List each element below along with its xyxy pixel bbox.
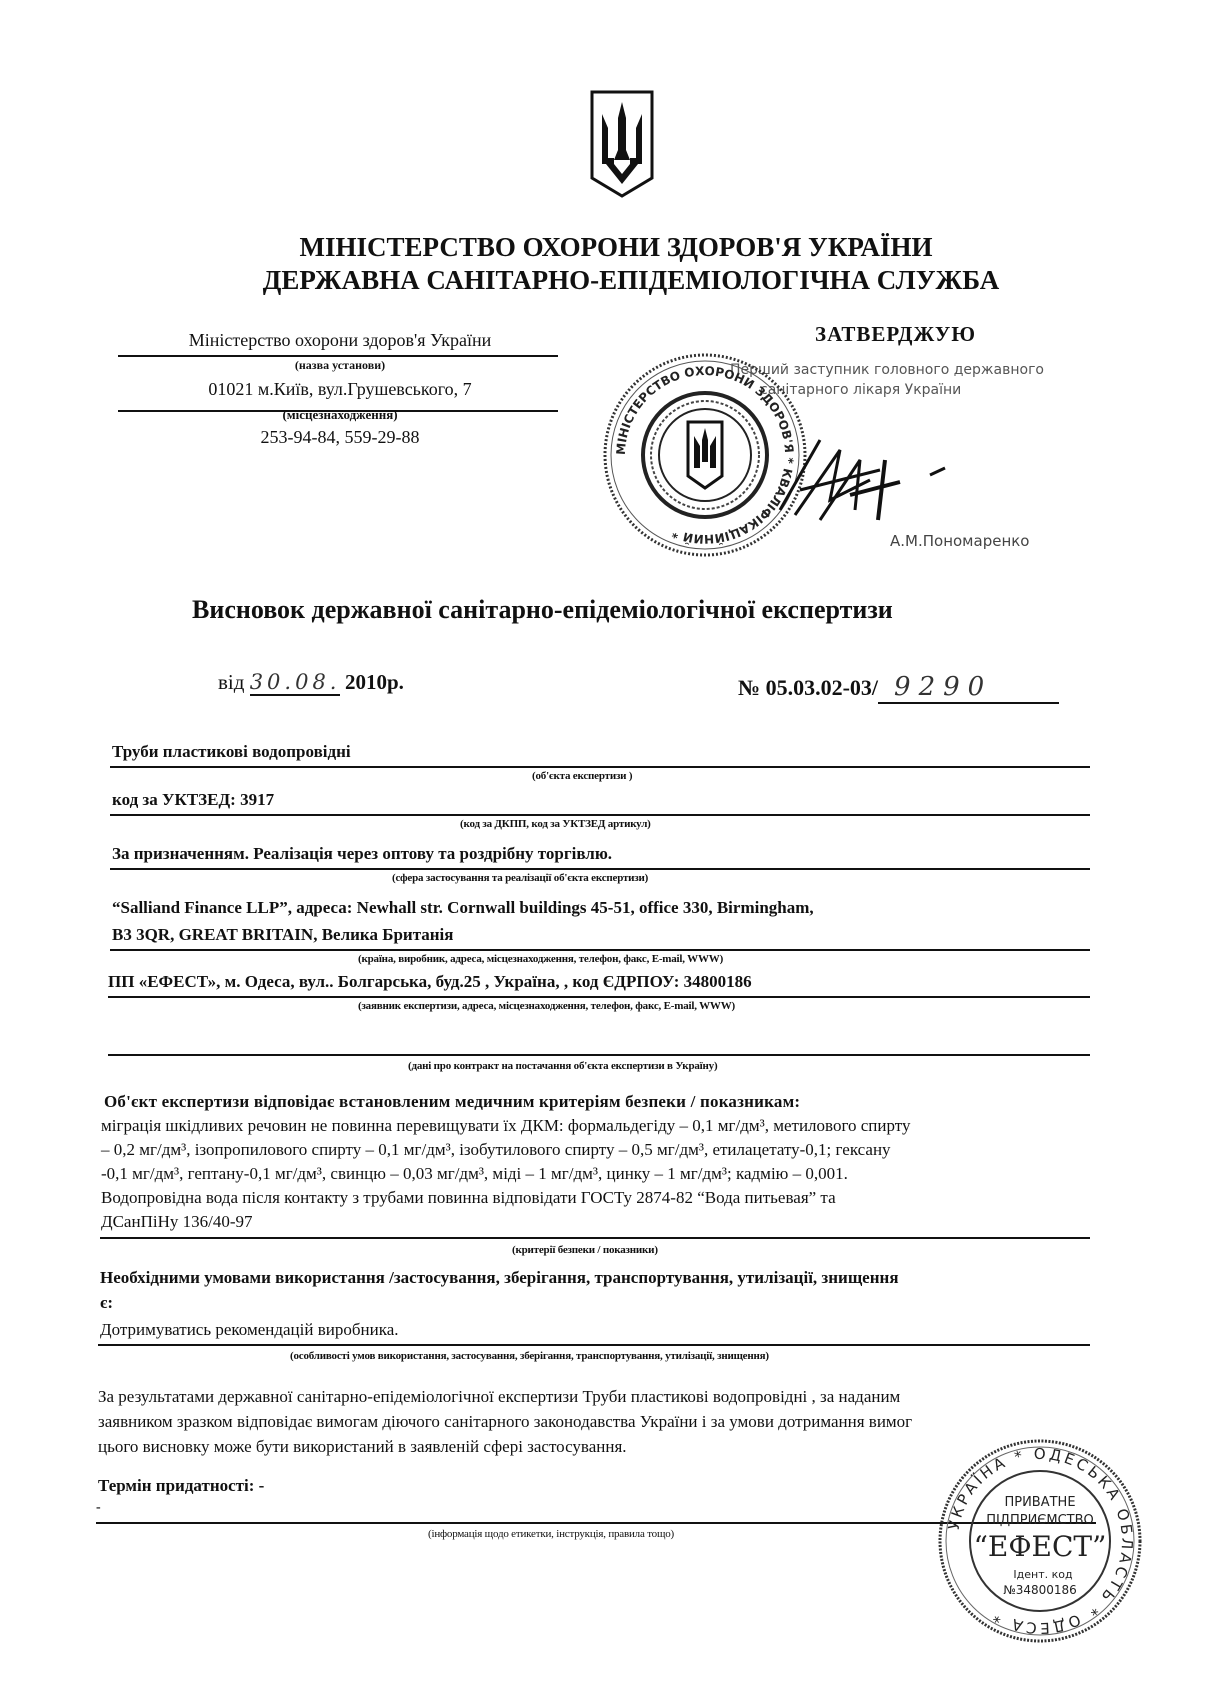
- shelf-life-value: -: [96, 1500, 101, 1516]
- date-prefix: від: [218, 670, 244, 694]
- header-line-1: МІНІСТЕРСТВО ОХОРОНИ ЗДОРОВ'Я УКРАЇНИ: [0, 232, 1232, 263]
- field-purpose: За призначенням. Реалізація через оптову…: [112, 844, 612, 864]
- company-stamp-icon: УКРАЇНА * ОДЕСЬКА ОБЛАСТЬ * ОДЕСА * ПРИВ…: [935, 1436, 1145, 1646]
- field-object-name: Труби пластикові водопровідні: [112, 742, 351, 762]
- field-applicant-hint: (заявник експертизи, адреса, місцезнаход…: [358, 1000, 735, 1012]
- divider: [108, 1054, 1090, 1056]
- divider: [110, 766, 1090, 768]
- trident-coat-of-arms-icon: [588, 88, 656, 200]
- stamp-line-1: ПРИВАТНЕ: [1004, 1495, 1075, 1510]
- field-object-hint: (об'єкта експертизи ): [532, 770, 632, 782]
- header-line-2: ДЕРЖАВНА САНІТАРНО-ЕПІДЕМІОЛОГІЧНА СЛУЖБ…: [0, 265, 1232, 296]
- conclusion-text: За результатами державної санітарно-епід…: [98, 1384, 912, 1459]
- stamp-line-2: ПІДПРИЄМСТВО: [986, 1513, 1094, 1528]
- conditions-hint: (особливості умов використання, застосув…: [290, 1350, 769, 1362]
- divider: [108, 996, 1090, 998]
- shelf-life-label: Термін придатності: -: [98, 1476, 264, 1496]
- criteria-line: Водопровідна вода після контакту з труба…: [101, 1186, 910, 1210]
- divider: [110, 868, 1090, 870]
- institution-phones: 253-94-84, 559-29-88: [110, 427, 570, 448]
- approval-signatory: А.М.Пономаренко: [890, 532, 1029, 550]
- document-date: від 30.08. 2010р.: [218, 670, 404, 696]
- stamp-code: №34800186: [1003, 1583, 1077, 1597]
- date-handwritten: 30.08.: [250, 670, 340, 696]
- field-code: код за УКТЗЕД: 3917: [112, 790, 274, 810]
- signature-icon: [760, 420, 960, 530]
- divider: [118, 410, 558, 412]
- conclusion-line: За результатами державної санітарно-епід…: [98, 1384, 912, 1409]
- criteria-text: міграція шкідливих речовин не повинна пе…: [101, 1114, 910, 1234]
- institution-name-hint: (назва установи): [110, 358, 570, 373]
- conditions-heading-line-1: Необхідними умовами використання /застос…: [100, 1268, 899, 1288]
- divider: [98, 1344, 1090, 1346]
- document-title: Висновок державної санітарно-епідеміолог…: [192, 595, 893, 625]
- conditions-value: Дотримуватись рекомендацій виробника.: [100, 1320, 399, 1340]
- conclusion-line: цього висновку може бути використаний в …: [98, 1434, 912, 1459]
- conclusion-line: заявником зразком відповідає вимогам дію…: [98, 1409, 912, 1434]
- divider: [110, 814, 1090, 816]
- institution-address: 01021 м.Київ, вул.Грушевського, 7: [110, 379, 570, 403]
- document-number: № 05.03.02-03/9290: [738, 672, 1059, 704]
- criteria-hint: (критерії безпеки / показники): [512, 1244, 658, 1256]
- field-purpose-hint: (сфера застосування та реалізації об'єкт…: [392, 872, 648, 884]
- criteria-line: міграція шкідливих речовин не повинна пе…: [101, 1114, 910, 1138]
- divider: [118, 355, 558, 357]
- field-manufacturer-hint: (країна, виробник, адреса, місцезнаходже…: [358, 953, 723, 965]
- stamp-company-name: “ЕФЕСТ”: [974, 1530, 1107, 1563]
- date-year: 2010р.: [345, 670, 404, 694]
- criteria-heading: Об'єкт експертизи відповідає встановлени…: [104, 1092, 800, 1112]
- ministry-header: МІНІСТЕРСТВО ОХОРОНИ ЗДОРОВ'Я УКРАЇНИ ДЕ…: [0, 232, 1232, 296]
- divider: [110, 949, 1090, 951]
- field-contract-hint: (дані про контракт на постачання об'єкта…: [408, 1060, 717, 1072]
- field-manufacturer-line-1: “Salliand Finance LLP”, адреса: Newhall …: [112, 898, 814, 918]
- shelf-life-hint: (інформація щодо етикетки, інструкція, п…: [428, 1528, 674, 1540]
- criteria-line: – 0,2 мг/дм³, ізопропилового спирту – 0,…: [101, 1138, 910, 1162]
- institution-block: Міністерство охорони здоров'я України (н…: [110, 330, 570, 448]
- institution-name: Міністерство охорони здоров'я України: [110, 330, 570, 354]
- criteria-line: ДСанПіНу 136/40-97: [101, 1210, 910, 1234]
- stamp-code-label: Ідент. код: [1013, 1568, 1073, 1581]
- divider: [100, 1237, 1090, 1239]
- number-prefix: № 05.03.02-03/: [738, 675, 878, 700]
- conditions-heading-line-2: є:: [100, 1293, 113, 1313]
- criteria-line: -0,1 мг/дм³, гептану-0,1 мг/дм³, свинцю …: [101, 1162, 910, 1186]
- field-applicant: ПП «ЕФЕСТ», м. Одеса, вул.. Болгарська, …: [108, 972, 752, 992]
- number-handwritten: 9290: [878, 672, 1059, 704]
- field-manufacturer-line-2: B3 3QR, GREAT BRITAIN, Велика Британія: [112, 925, 453, 945]
- approval-title: ЗАТВЕРДЖУЮ: [815, 322, 976, 347]
- field-code-hint: (код за ДКПП, код за УКТЗЕД артикул): [460, 818, 651, 830]
